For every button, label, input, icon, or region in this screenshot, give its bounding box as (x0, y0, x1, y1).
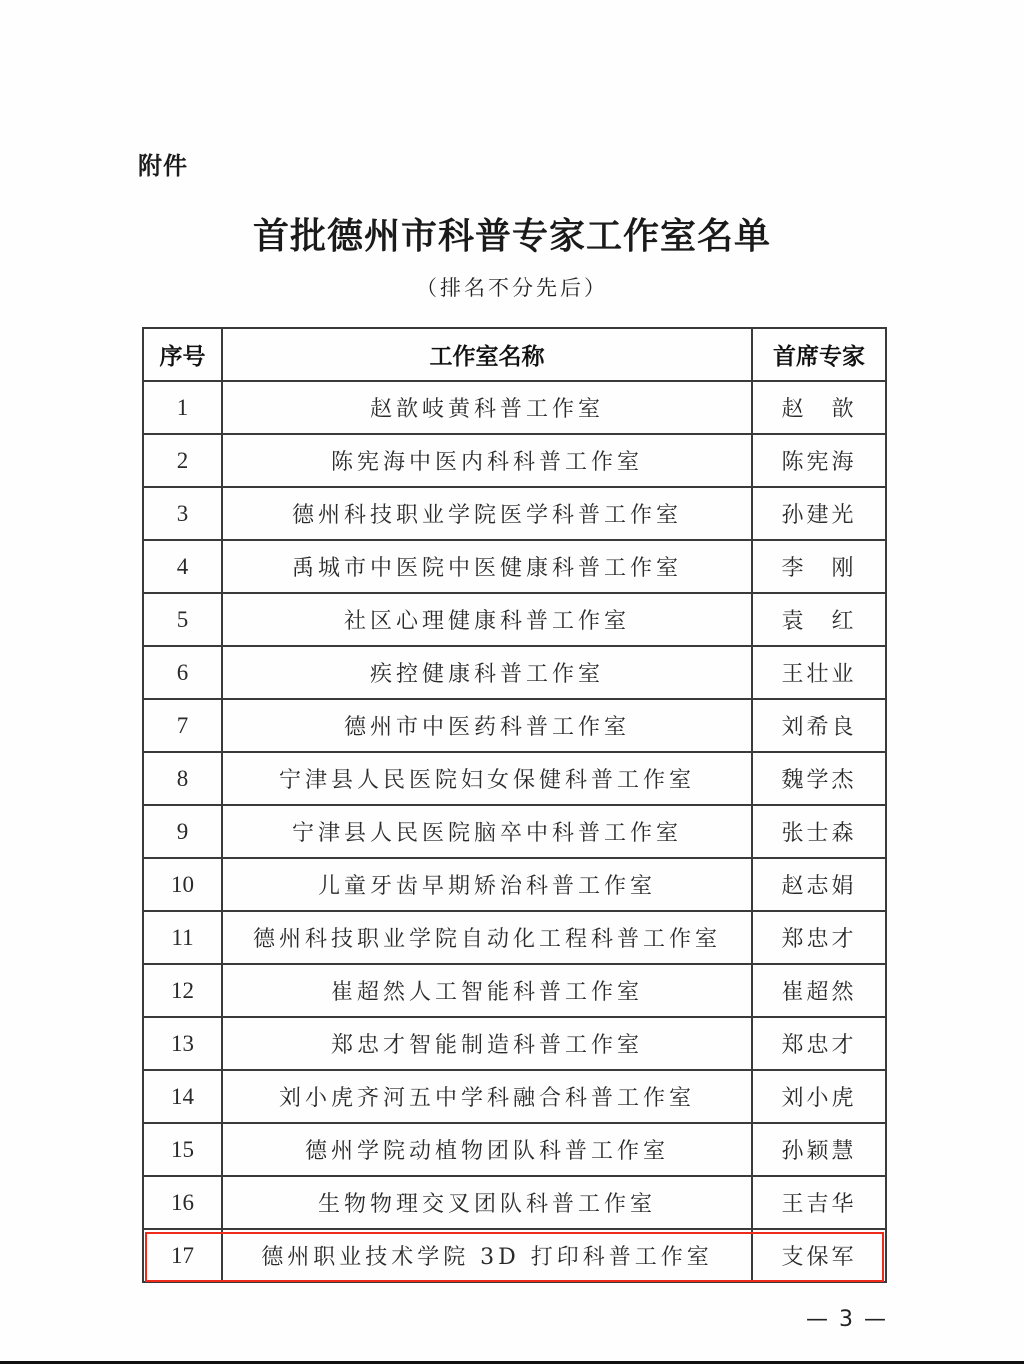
studio-name: 宁津县人民医院脑卒中科普工作室 (222, 805, 752, 858)
row-number: 15 (143, 1123, 222, 1176)
studio-name: 刘小虎齐河五中学科融合科普工作室 (222, 1070, 752, 1123)
row-number: 12 (143, 964, 222, 1017)
row-number: 9 (143, 805, 222, 858)
row-number: 3 (143, 487, 222, 540)
studio-name: 疾控健康科普工作室 (222, 646, 752, 699)
table-row: 11德州科技职业学院自动化工程科普工作室郑忠才 (143, 911, 886, 964)
row-number: 4 (143, 540, 222, 593)
chief-expert: 郑忠才 (752, 911, 886, 964)
row-number: 1 (143, 381, 222, 434)
chief-expert: 崔超然 (752, 964, 886, 1017)
studio-name: 崔超然人工智能科普工作室 (222, 964, 752, 1017)
studio-name: 社区心理健康科普工作室 (222, 593, 752, 646)
table-row: 13郑忠才智能制造科普工作室郑忠才 (143, 1017, 886, 1070)
studio-name: 赵歆岐黄科普工作室 (222, 381, 752, 434)
row-number: 10 (143, 858, 222, 911)
table-row: 5社区心理健康科普工作室袁 红 (143, 593, 886, 646)
table-row: 1赵歆岐黄科普工作室赵 歆 (143, 381, 886, 434)
row-number: 5 (143, 593, 222, 646)
studio-name: 儿童牙齿早期矫治科普工作室 (222, 858, 752, 911)
table-row-highlighted: 17德州职业技术学院 3D 打印科普工作室支保军 (143, 1229, 886, 1282)
chief-expert: 赵志娟 (752, 858, 886, 911)
studio-name: 德州职业技术学院 3D 打印科普工作室 (222, 1229, 752, 1282)
document-subtitle: （排名不分先后） (0, 272, 1024, 302)
studio-name: 陈宪海中医内科科普工作室 (222, 434, 752, 487)
row-number: 7 (143, 699, 222, 752)
row-number: 8 (143, 752, 222, 805)
chief-expert: 袁 红 (752, 593, 886, 646)
table-row: 10儿童牙齿早期矫治科普工作室赵志娟 (143, 858, 886, 911)
table-row: 15德州学院动植物团队科普工作室孙颖慧 (143, 1123, 886, 1176)
table-row: 6疾控健康科普工作室王壮业 (143, 646, 886, 699)
studio-name: 德州学院动植物团队科普工作室 (222, 1123, 752, 1176)
studio-name: 德州市中医药科普工作室 (222, 699, 752, 752)
chief-expert: 陈宪海 (752, 434, 886, 487)
row-number: 6 (143, 646, 222, 699)
header-chief-expert: 首席专家 (752, 328, 886, 381)
chief-expert: 魏学杰 (752, 752, 886, 805)
chief-expert: 孙建光 (752, 487, 886, 540)
table-row: 8宁津县人民医院妇女保健科普工作室魏学杰 (143, 752, 886, 805)
studio-name: 德州科技职业学院自动化工程科普工作室 (222, 911, 752, 964)
table-row: 7德州市中医药科普工作室刘希良 (143, 699, 886, 752)
document-title: 首批德州市科普专家工作室名单 (0, 208, 1024, 259)
table-row: 9宁津县人民医院脑卒中科普工作室张士森 (143, 805, 886, 858)
row-number: 11 (143, 911, 222, 964)
chief-expert: 刘希良 (752, 699, 886, 752)
header-studio-name: 工作室名称 (222, 328, 752, 381)
chief-expert: 张士森 (752, 805, 886, 858)
document-page: 附件 首批德州市科普专家工作室名单 （排名不分先后） 序号 工作室名称 首席专家… (0, 0, 1024, 1364)
table-row: 3德州科技职业学院医学科普工作室孙建光 (143, 487, 886, 540)
chief-expert: 郑忠才 (752, 1017, 886, 1070)
studio-name: 宁津县人民医院妇女保健科普工作室 (222, 752, 752, 805)
row-number: 14 (143, 1070, 222, 1123)
studio-name: 德州科技职业学院医学科普工作室 (222, 487, 752, 540)
row-number: 2 (143, 434, 222, 487)
studio-name: 郑忠才智能制造科普工作室 (222, 1017, 752, 1070)
page-number: — 3 — (806, 1307, 888, 1332)
chief-expert: 李 刚 (752, 540, 886, 593)
table-row: 4禹城市中医院中医健康科普工作室李 刚 (143, 540, 886, 593)
chief-expert: 王壮业 (752, 646, 886, 699)
header-number: 序号 (143, 328, 222, 381)
studio-name: 禹城市中医院中医健康科普工作室 (222, 540, 752, 593)
chief-expert: 孙颖慧 (752, 1123, 886, 1176)
table-header-row: 序号 工作室名称 首席专家 (143, 328, 886, 381)
row-number: 13 (143, 1017, 222, 1070)
table-row: 16生物物理交叉团队科普工作室王吉华 (143, 1176, 886, 1229)
chief-expert: 支保军 (752, 1229, 886, 1282)
row-number: 17 (143, 1229, 222, 1282)
chief-expert: 赵 歆 (752, 381, 886, 434)
studio-name: 生物物理交叉团队科普工作室 (222, 1176, 752, 1229)
chief-expert: 刘小虎 (752, 1070, 886, 1123)
table-row: 12崔超然人工智能科普工作室崔超然 (143, 964, 886, 1017)
chief-expert: 王吉华 (752, 1176, 886, 1229)
table-row: 14刘小虎齐河五中学科融合科普工作室刘小虎 (143, 1070, 886, 1123)
studio-list-table: 序号 工作室名称 首席专家 1赵歆岐黄科普工作室赵 歆 2陈宪海中医内科科普工作… (142, 327, 887, 1283)
attachment-label: 附件 (138, 146, 188, 181)
row-number: 16 (143, 1176, 222, 1229)
table-row: 2陈宪海中医内科科普工作室陈宪海 (143, 434, 886, 487)
